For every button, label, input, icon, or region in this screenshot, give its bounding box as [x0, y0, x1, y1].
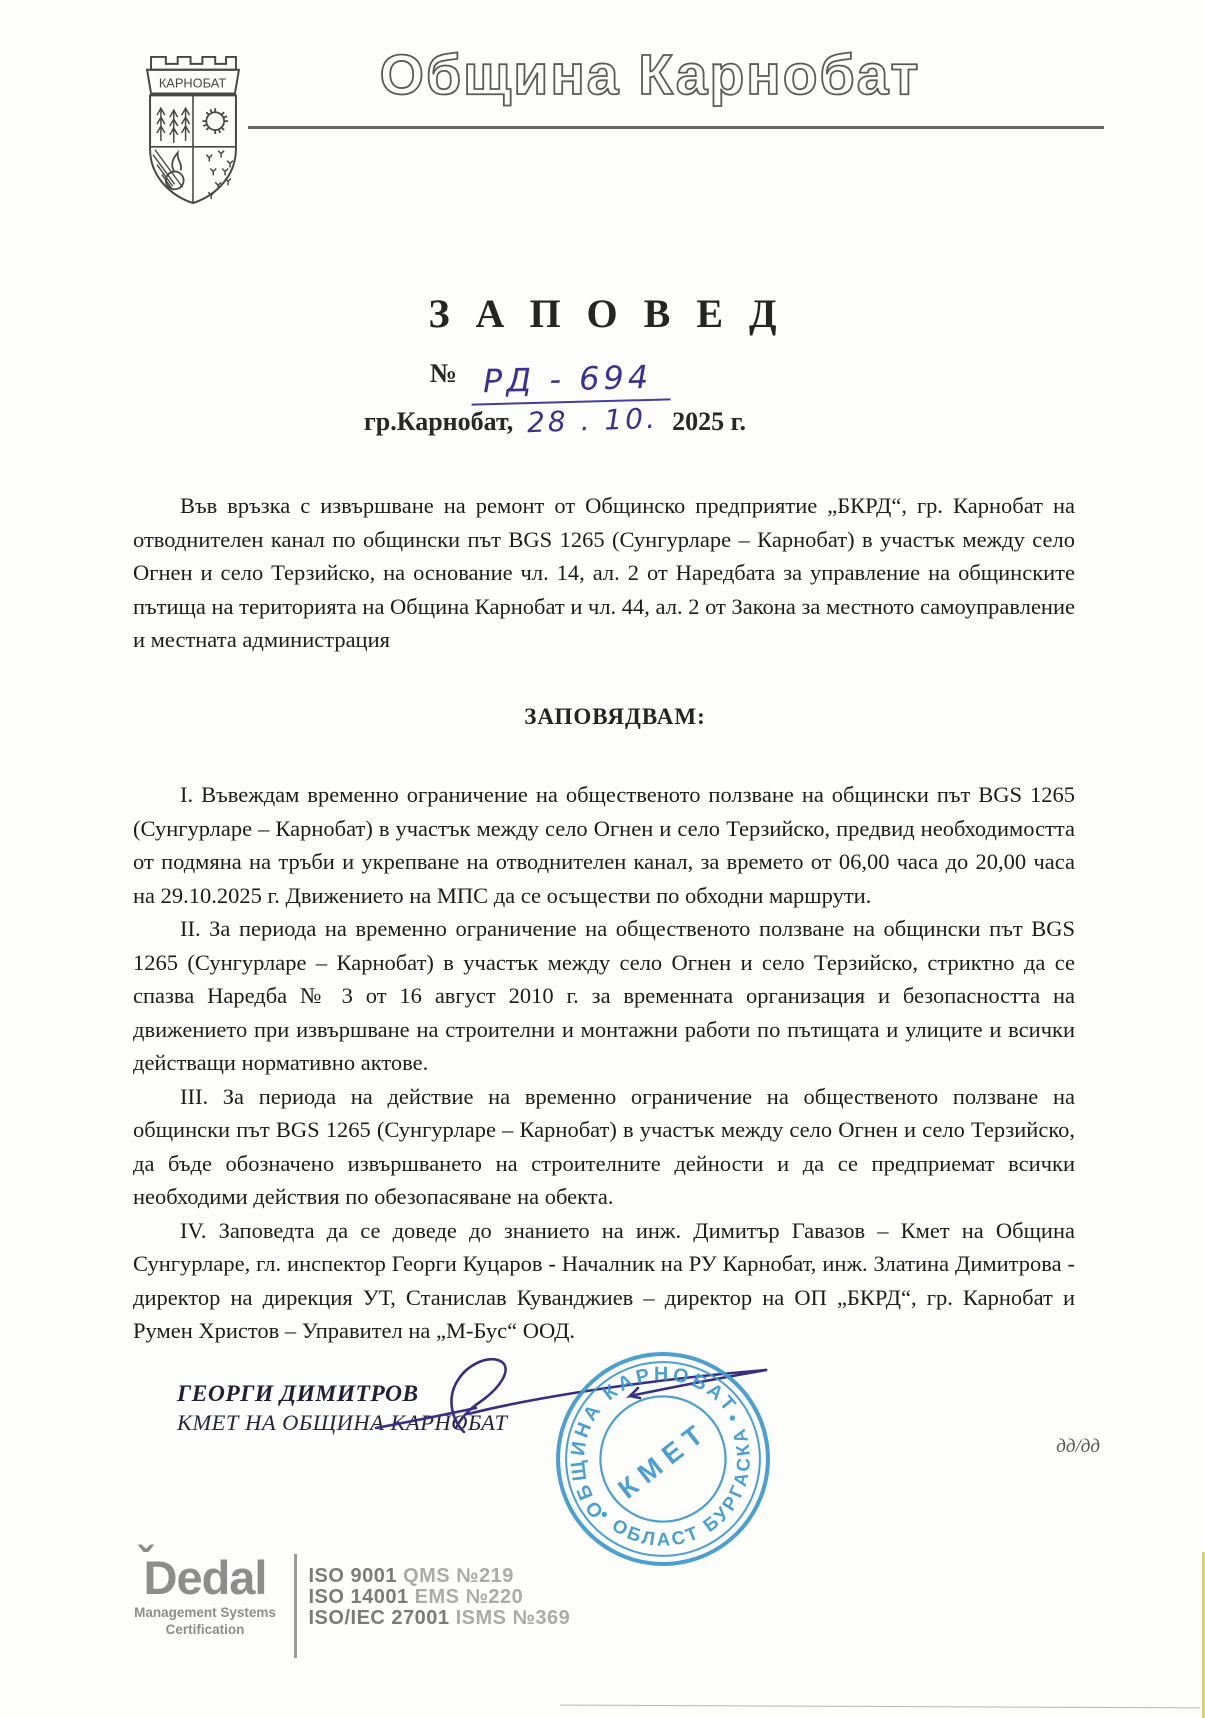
iso-9001-label: ISO 9001: [309, 1565, 398, 1587]
iso-row-27001: ISO/IEC 27001 ISMS №369: [309, 1608, 571, 1629]
order-item-1: I. Въвеждам временно ограничение на обще…: [133, 778, 1075, 912]
number-sign: №: [430, 358, 457, 388]
iso-14001-label: ISO 14001: [309, 1586, 409, 1608]
order-number-line: №РД - 694: [0, 358, 1100, 403]
order-item-3: III. За периода на действие на временно …: [133, 1080, 1075, 1214]
stamp-center-text: КМЕТ: [612, 1414, 715, 1504]
date-handwritten: 28 . 10.: [527, 402, 659, 440]
scanned-order-document: КАРНОБАТ Община Карнобат ЗАПОВЕД №РД - 6…: [0, 0, 1205, 1718]
preparer-initials: дд/дд: [1020, 1436, 1100, 1458]
dedal-logo: ˇ Dedal Management Systems Certification: [130, 1552, 280, 1658]
iso-row-9001: ISO 9001 QMS №219: [309, 1566, 571, 1587]
order-preamble: Във връзка с извършване на ремонт от Общ…: [133, 489, 1075, 657]
dedal-subtitle-1: Management Systems: [130, 1605, 280, 1622]
order-title: ЗАПОВЕД: [0, 290, 1205, 337]
footer-divider: [294, 1554, 297, 1658]
iso-14001-number: EMS №220: [409, 1586, 524, 1608]
iso-row-14001: ISO 14001 EMS №220: [309, 1587, 571, 1608]
preamble-paragraph: Във връзка с извършване на ремонт от Общ…: [133, 489, 1075, 657]
iso-27001-label: ISO/IEC 27001: [309, 1607, 450, 1629]
order-item-2: II. За периода на временно ограничение н…: [133, 912, 1075, 1080]
place-label: гр.Карнобат,: [364, 407, 513, 436]
mayor-round-stamp: ОБЩИНА КАРНОБАТ • ОБЛАСТ БУРГАСКА • КМЕТ: [552, 1348, 774, 1570]
iso-9001-number: QMS №219: [397, 1565, 514, 1587]
command-heading: ЗАПОВЯДВАМ:: [0, 704, 1205, 730]
header-divider: [248, 126, 1104, 129]
municipality-title: Община Карнобат: [350, 42, 950, 108]
order-number-handwritten: РД - 694: [470, 357, 670, 405]
certification-footer: ˇ Dedal Management Systems Certification…: [130, 1552, 570, 1658]
order-date-line: гр.Карнобат, 28 . 10. 2025 г.: [0, 404, 1110, 437]
karnobat-coat-of-arms-icon: КАРНОБАТ: [131, 52, 255, 208]
year-label: 2025 г.: [672, 407, 746, 436]
coat-of-arms-label: КАРНОБАТ: [159, 76, 227, 91]
iso-27001-number: ISMS №369: [450, 1607, 571, 1629]
scan-artifact: [560, 1705, 1200, 1709]
dedal-caron-mark: ˇ: [138, 1538, 153, 1588]
order-items: I. Въвеждам временно ограничение на обще…: [133, 778, 1075, 1348]
iso-certifications: ISO 9001 QMS №219 ISO 14001 EMS №220 ISO…: [309, 1552, 571, 1658]
order-item-4: IV. Заповедта да се доведе до знанието н…: [133, 1214, 1075, 1348]
dedal-subtitle-2: Certification: [130, 1622, 280, 1639]
